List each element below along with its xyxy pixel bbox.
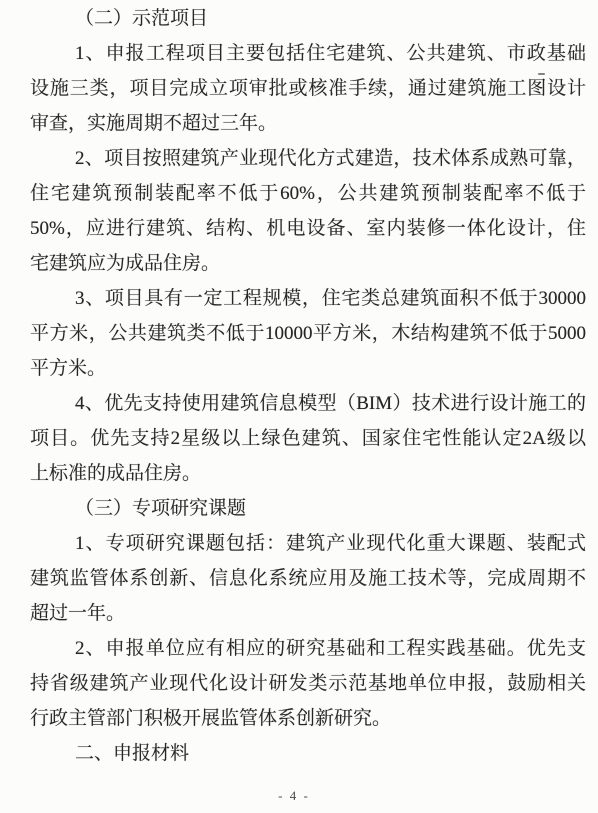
document-body: （二）示范项目 1、申报工程项目主要包括住宅建筑、公共建筑、市政基础 设施三类，…: [0, 0, 598, 771]
text-line: 行政主管部门积极开展监管体系创新研究。: [30, 701, 586, 736]
text-line: 1、专项研究课题包括：建筑产业现代化重大课题、装配式: [30, 526, 586, 561]
document-page: （二）示范项目 1、申报工程项目主要包括住宅建筑、公共建筑、市政基础 设施三类，…: [0, 0, 598, 813]
text-line: 审查，实施周期不超过三年。: [30, 106, 586, 141]
text-line: 1、申报工程项目主要包括住宅建筑、公共建筑、市政基础: [30, 36, 586, 71]
text-line: 设施三类，项目完成立项审批或核准手续，通过建筑施工图设计: [30, 71, 586, 106]
text-line: 2、申报单位应有相应的研究基础和工程实践基础。优先支: [30, 631, 586, 666]
text-line: 上标准的成品住房。: [30, 456, 586, 491]
text-line: 项目。优先支持2星级以上绿色建筑、国家住宅性能认定2A级以: [30, 421, 586, 456]
subsection-heading: （三）专项研究课题: [30, 491, 586, 526]
page-number: - 4 -: [0, 788, 588, 804]
text-line: 宅建筑应为成品住房。: [30, 246, 586, 281]
text-line: 3、项目具有一定工程规模，住宅类总建筑面积不低于30000: [30, 281, 586, 316]
subsection-heading: （二）示范项目: [30, 1, 586, 36]
text-line: 平方米。: [30, 351, 586, 386]
scan-speck: [538, 73, 545, 75]
text-line: 平方米，公共建筑类不低于10000平方米，木结构建筑不低于5000: [30, 316, 586, 351]
text-line: 持省级建筑产业现代化设计研发类示范基地单位申报，鼓励相关: [30, 666, 586, 701]
text-line: 4、优先支持使用建筑信息模型（BIM）技术进行设计施工的: [30, 386, 586, 421]
text-line: 50%，应进行建筑、结构、机电设备、室内装修一体化设计，住: [30, 211, 586, 246]
text-line: 2、项目按照建筑产业现代化方式建造，技术体系成熟可靠，: [30, 141, 586, 176]
section-heading: 二、申报材料: [30, 736, 586, 771]
text-line: 建筑监管体系创新、信息化系统应用及施工技术等，完成周期不: [30, 561, 586, 596]
text-line: 住宅建筑预制装配率不低于60%，公共建筑预制装配率不低于: [30, 176, 586, 211]
text-line: 超过一年。: [30, 596, 586, 631]
